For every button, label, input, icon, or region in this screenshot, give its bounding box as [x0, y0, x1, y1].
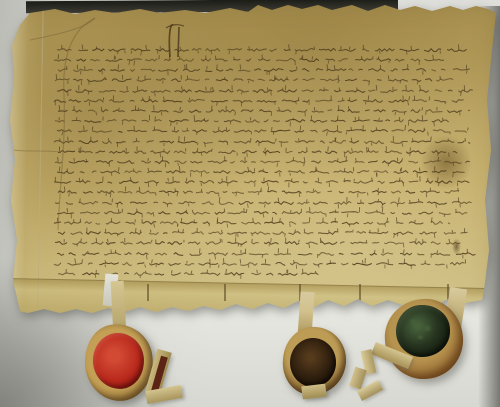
dark-brown-seal-face	[290, 338, 336, 387]
photo-scene	[0, 0, 500, 407]
dark-green-seal-face	[396, 305, 450, 357]
